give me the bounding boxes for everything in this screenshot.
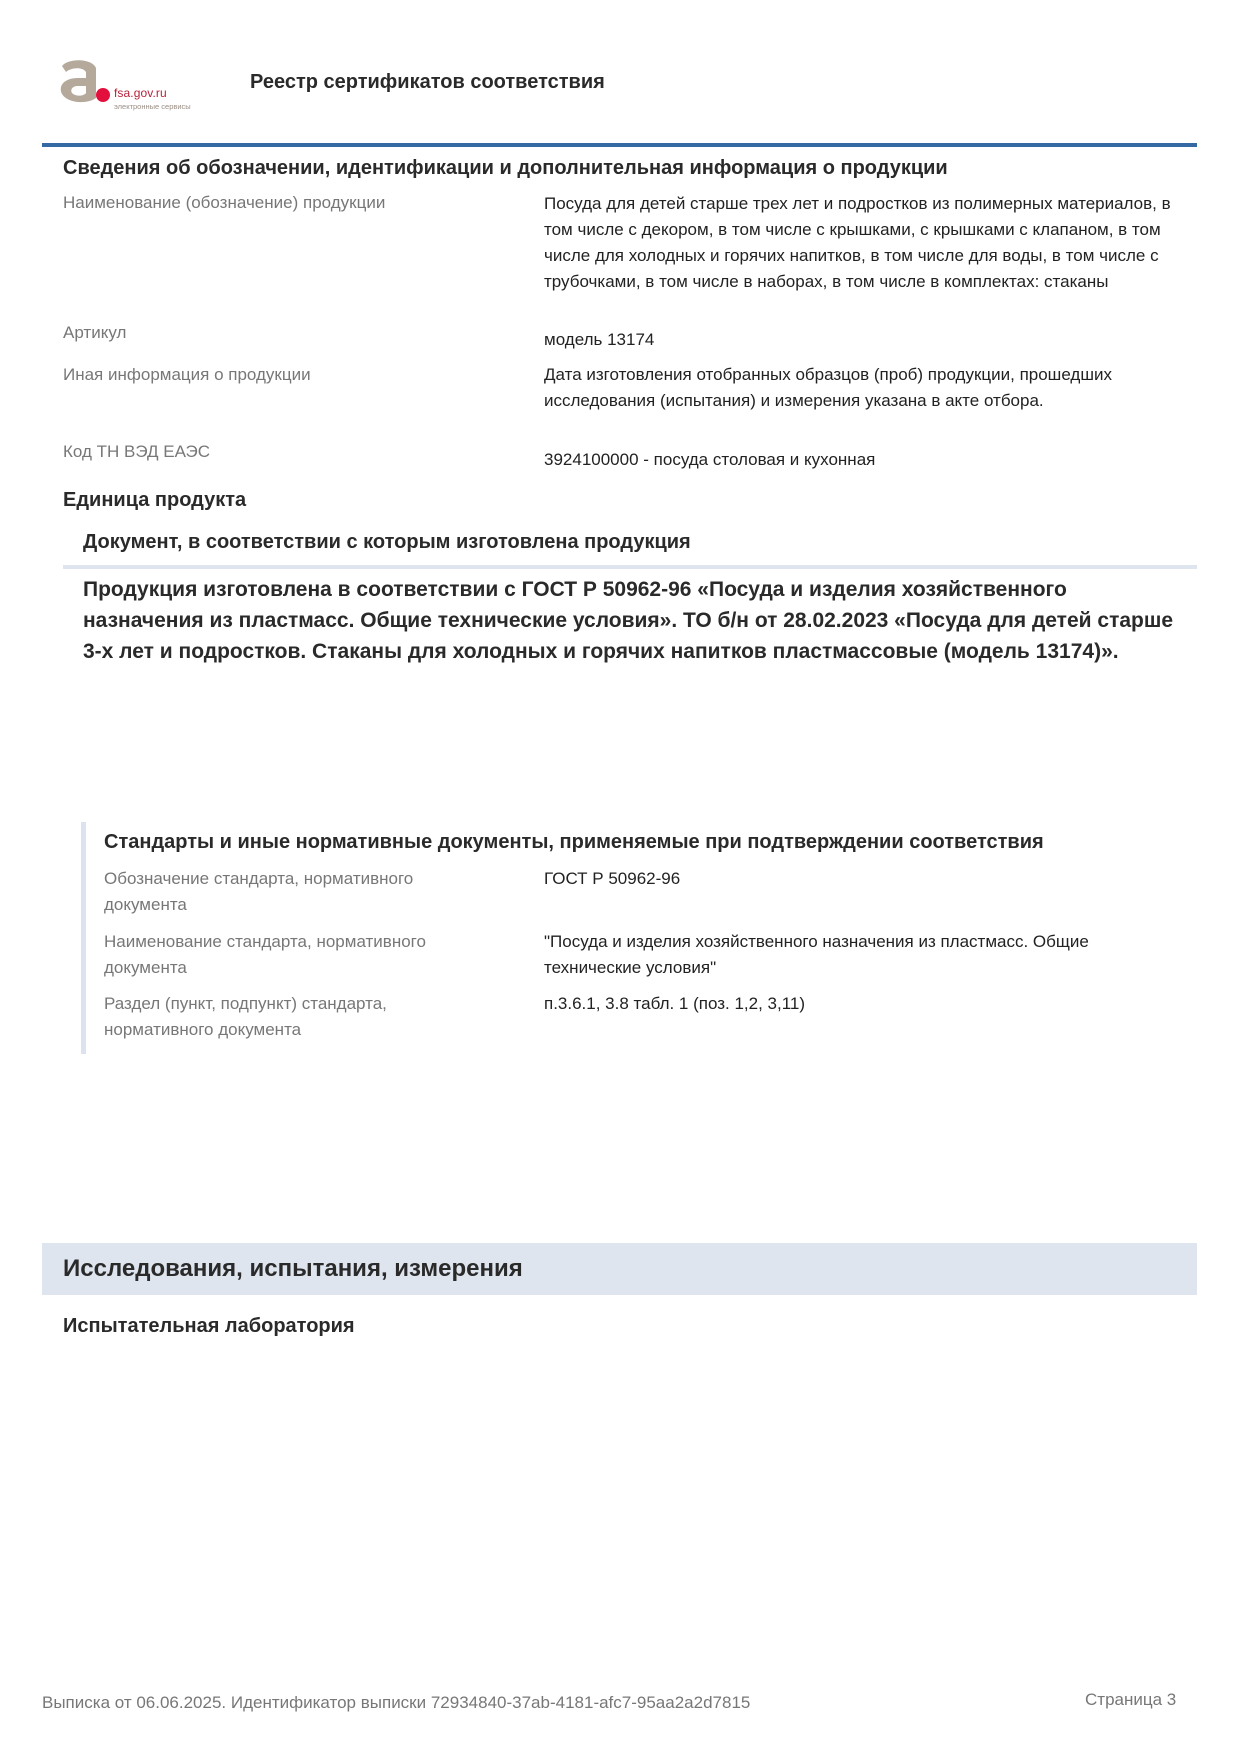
standard-designation-label: Обозначение стандарта, нормативного доку… <box>104 866 484 918</box>
other-info-label: Иная информация о продукции <box>63 362 503 388</box>
standard-name-value: "Посуда и изделия хозяйственного назначе… <box>544 929 1184 981</box>
product-name-value: Посуда для детей старше трех лет и подро… <box>544 191 1199 295</box>
product-info-heading: Сведения об обозначении, идентификации и… <box>63 157 948 180</box>
standard-designation-value: ГОСТ Р 50962-96 <box>544 866 1184 892</box>
logo-site: fsa.gov.ru <box>114 86 167 100</box>
standard-section-label: Раздел (пункт, подпункт) стандарта, норм… <box>104 991 484 1043</box>
standard-section-value: п.3.6.1, 3.8 табл. 1 (поз. 1,2, 3,11) <box>544 991 1184 1017</box>
research-section-band: Исследования, испытания, измерения <box>42 1243 1197 1295</box>
header-divider <box>42 143 1197 147</box>
standards-block: Стандарты и иные нормативные документы, … <box>81 822 1206 1054</box>
manufacturing-document-heading: Документ, в соответствии с которым изгот… <box>83 531 691 554</box>
manufacturing-document-text: Продукция изготовлена в соответствии с Г… <box>83 574 1193 667</box>
product-unit-heading: Единица продукта <box>63 489 246 512</box>
document-divider <box>63 565 1197 569</box>
logo-subtitle: электронные сервисы <box>114 102 191 111</box>
fsa-logo: fsa.gov.ru электронные сервисы <box>58 58 208 110</box>
extract-identifier: Выписка от 06.06.2025. Идентификатор вып… <box>42 1693 750 1713</box>
standards-heading: Стандарты и иные нормативные документы, … <box>104 831 1044 854</box>
article-value: модель 13174 <box>544 327 1199 353</box>
page-number: Страница 3 <box>1085 1690 1176 1710</box>
standard-name-label: Наименование стандарта, нормативного док… <box>104 929 484 981</box>
logo-red-dot <box>96 88 110 102</box>
other-info-value: Дата изготовления отобранных образцов (п… <box>544 362 1204 414</box>
product-name-label: Наименование (обозначение) продукции <box>63 190 503 216</box>
tnved-label: Код ТН ВЭД ЕАЭС <box>63 439 503 465</box>
research-section-title: Исследования, испытания, измерения <box>63 1255 523 1283</box>
testing-lab-heading: Испытательная лаборатория <box>63 1315 355 1338</box>
registry-title: Реестр сертификатов соответствия <box>250 71 605 94</box>
article-label: Артикул <box>63 320 503 346</box>
tnved-value: 3924100000 - посуда столовая и кухонная <box>544 447 1199 473</box>
